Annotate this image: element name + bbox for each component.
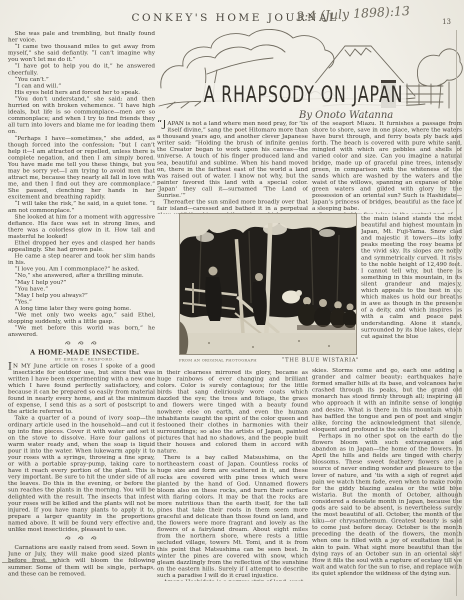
story-paragraph: “We met only two weeks ago,” said Ethel,… <box>8 312 155 325</box>
carnations-note: Carnations are easily raised from seed. … <box>8 544 155 577</box>
article-paragraph: Perhaps in no other spot on the earth do… <box>312 432 462 576</box>
photo-caption-row: FROM AN ORIGINAL PHOTOGRAPH “THE BLUE WI… <box>179 357 359 365</box>
story-paragraph: “I will take the risk,” he said, in a qu… <box>8 200 155 213</box>
middle-column-bottom: in their clearness mirrored its glory, b… <box>157 369 308 581</box>
story-paragraph: “I have got to help you do it,” he answe… <box>8 63 155 76</box>
article-paragraph: Amano-Hashidate is a narrow strip of lan… <box>157 579 308 582</box>
article-paragraph: Thereafter the sun smiled more broadly o… <box>157 199 308 214</box>
story-paragraph: “We met before this world was born,” he … <box>8 325 155 338</box>
journal-page: CONKEY'S HOME JOURNAL 3:4 (July 1898):13… <box>0 0 464 600</box>
wistaria-photograph <box>179 213 357 355</box>
insecticide-paragraph: Take a quarter of a pound of ivory soap—… <box>8 415 155 533</box>
story-paragraph: “Perhaps I have—sometimes,” she added, a… <box>8 135 155 200</box>
story-paragraph: “You don’t understand,” she said; and th… <box>8 95 155 134</box>
pencil-mark <box>2 562 58 563</box>
page-edge-line <box>456 30 457 596</box>
article-paragraph: in their clearness mirrored its glory, b… <box>157 369 308 454</box>
handwritten-citation: 3:4 (July 1898):13 <box>296 1 447 24</box>
flourish-ornament-icon <box>8 341 155 348</box>
article-paragraph: There is a bay called Matsushima, on the… <box>157 454 308 578</box>
right-column-top: of the seaport Miazu. It furnishes a pas… <box>312 120 462 214</box>
article-paragraph: of the seaport Miazu. It furnishes a pas… <box>312 120 462 212</box>
middle-column-top: “JAPAN is not a land where men need pray… <box>157 120 308 214</box>
right-column-bottom: skies. Storms come and go, each one addi… <box>312 367 462 581</box>
story-paragraph: Ethel dropped her eyes and clasped her h… <box>8 240 155 253</box>
story-paragraph: “I came two thousand miles to get away f… <box>8 43 155 63</box>
article-paragraph: the main island stands the most beautifu… <box>361 215 462 339</box>
photo-caption: “THE BLUE WISTARIA” <box>282 357 359 363</box>
photo-credit: FROM AN ORIGINAL PHOTOGRAPH <box>179 358 257 363</box>
right-column-narrow: the main island stands the most beautifu… <box>361 215 462 356</box>
flourish-ornament-icon <box>8 536 155 543</box>
story-paragraph: She was pale and trembling, but finally … <box>8 30 155 43</box>
story-paragraph: He came a step nearer and took her slim … <box>8 253 155 266</box>
insecticide-paragraph: IN MY June article on roses I spoke of a… <box>8 362 155 414</box>
insecticide-title: A HOME-MADE INSECTIDE. <box>8 349 155 356</box>
wistaria-photo-image <box>179 213 357 355</box>
left-column: She was pale and trembling, but finally … <box>8 30 155 592</box>
article-title: A RHAPSODY ON JAPAN <box>201 83 406 109</box>
article-paragraph: “JAPAN is not a land where men need pray… <box>157 120 308 199</box>
story-paragraph: She looked at him for a moment with aggr… <box>8 213 155 239</box>
article-paragraph: skies. Storms come and go, each one addi… <box>312 367 462 432</box>
